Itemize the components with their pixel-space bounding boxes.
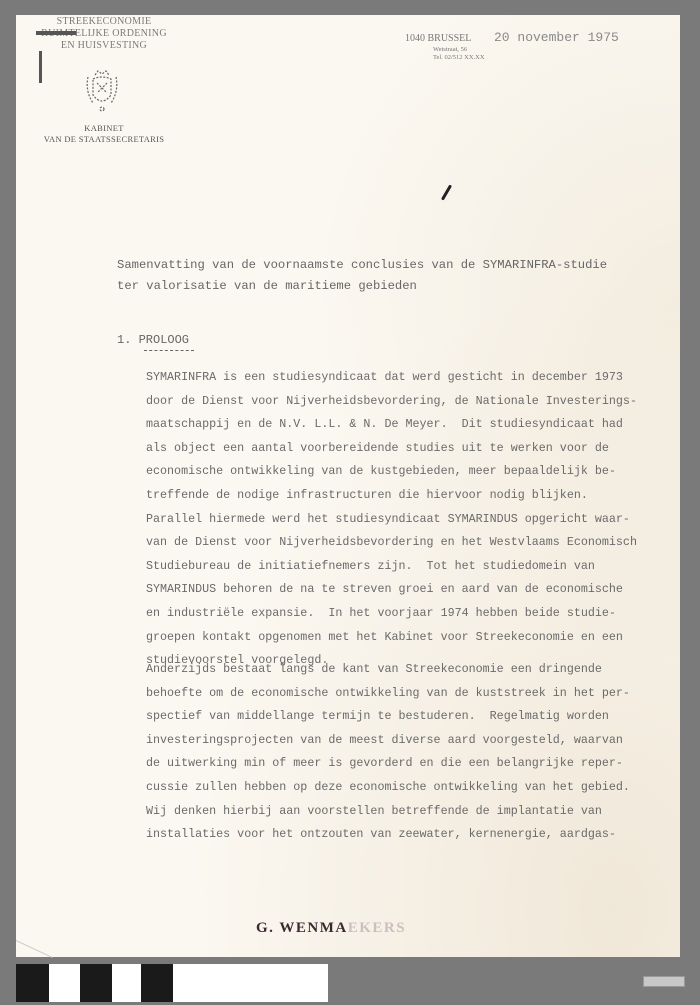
coat-of-arms-icon [83, 69, 121, 113]
text-line: groepen kontakt opgenomen met het Kabine… [146, 626, 637, 650]
text-line: Anderzijds bestaat langs de kant van Str… [146, 658, 630, 682]
text-line: cussie zullen hebben op deze economische… [146, 776, 630, 800]
signature-bold: G. WENMA [256, 920, 348, 936]
section-underline [144, 350, 194, 351]
text-line: Parallel hiermede werd het studiesyndica… [146, 508, 637, 532]
text-line: behoefte om de economische ontwikkeling … [146, 682, 630, 706]
calibration-patch [141, 964, 173, 1002]
text-line: investeringsprojecten van de meest diver… [146, 729, 630, 753]
text-line: maatschappij en de N.V. L.L. & N. De Mey… [146, 413, 637, 437]
document-title: Samenvatting van de voornaamste conclusi… [117, 255, 607, 297]
text-line: Wij denken hierbij aan voorstellen betre… [146, 800, 630, 824]
title-line: ter valorisatie van de maritieme gebiede… [117, 276, 607, 297]
text-line: de uitwerking min of meer is gevorderd e… [146, 752, 630, 776]
document-date: 20 november 1975 [494, 30, 619, 45]
title-line: Samenvatting van de voornaamste conclusi… [117, 255, 607, 276]
scan-calibration-bar [16, 964, 328, 1002]
calibration-patch [80, 964, 112, 1002]
city: 1040 BRUSSEL [405, 33, 471, 44]
calibration-patch [16, 964, 49, 1002]
text-line: door de Dienst voor Nijverheidsbevorderi… [146, 390, 637, 414]
text-line: spectief van middellange termijn te best… [146, 705, 630, 729]
text-line: treffende de nodige infrastructuren die … [146, 484, 637, 508]
text-line: als object een aantal voorbereidende stu… [146, 437, 637, 461]
letterhead-office: KABINET VAN DE STAATSSECRETARIS [34, 123, 174, 145]
scale-chip [643, 976, 685, 987]
calibration-patch [49, 964, 80, 1002]
text-line: Studiebureau de initiatiefnemers zijn. T… [146, 555, 637, 579]
text-line: en industriële expansie. In het voorjaar… [146, 602, 637, 626]
telephone: Tel. 02/512 XX.XX [433, 54, 485, 61]
text-line: van de Dienst voor Nijverheidsbevorderin… [146, 531, 637, 555]
letterhead-line: STREEKECONOMIE [34, 16, 174, 28]
calibration-patch [112, 964, 141, 1002]
office-line: KABINET [34, 123, 174, 134]
text-line: economische ontwikkeling van de kustgebi… [146, 460, 637, 484]
ink-margin-mark [39, 51, 42, 83]
office-line: VAN DE STAATSSECRETARIS [34, 134, 174, 145]
calibration-patch [173, 964, 328, 1002]
text-line: installaties voor het ontzouten van zeew… [146, 823, 630, 847]
street-address: Wetstraat, 56 [433, 46, 467, 53]
ink-strike-mark [36, 31, 76, 35]
paragraph-2: Anderzijds bestaat langs de kant van Str… [146, 658, 630, 847]
paragraph-1: SYMARINFRA is een studiesyndicaat dat we… [146, 366, 637, 673]
text-line: SYMARINFRA is een studiesyndicaat dat we… [146, 366, 637, 390]
letterhead-department: STREEKECONOMIE RUIMTELIJKE ORDENING EN H… [34, 16, 174, 52]
text-line: SYMARINDUS behoren de na te streven groe… [146, 578, 637, 602]
signature-stamp: G. WENMAEKERS [256, 920, 406, 937]
section-heading: 1. PROLOOG [117, 333, 189, 347]
letterhead-line: EN HUISVESTING [34, 40, 174, 52]
signature-faded: EKERS [348, 920, 406, 936]
